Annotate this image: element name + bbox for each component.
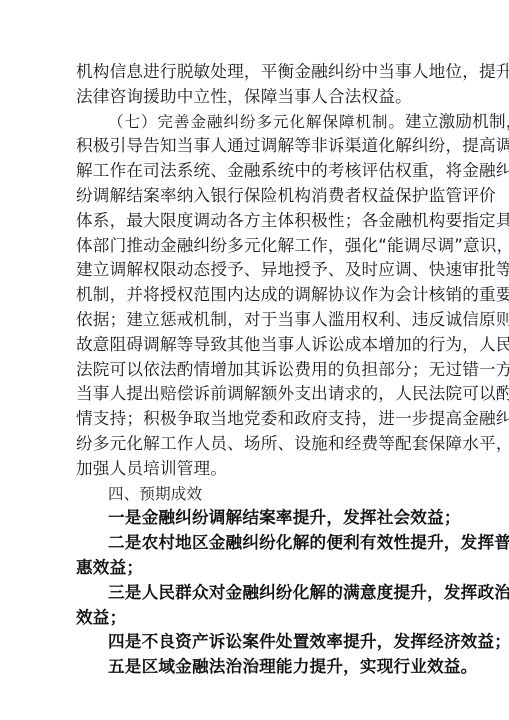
document-body: 机构信息进行脱敏处理，平衡金融纠纷中当事人地位，提升 法律咨询援助中立性，保障当… — [76, 60, 434, 680]
section-7-title: （七）完善金融纠纷多元化解保障机制。 — [108, 113, 405, 131]
document-page: 机构信息进行脱敏处理，平衡金融纠纷中当事人地位，提升 法律咨询援助中立性，保障当… — [0, 0, 509, 720]
outcome-item-3: 三是人民群众对金融纠纷化解的满意度提升，发挥政治 — [76, 581, 434, 606]
text-line: 建立调解权限动态授予、异地授予、及时应调、快速审批等 — [76, 258, 434, 283]
text-line: 故意阻碍调解等导致其他当事人诉讼成本增加的行为，人民 — [76, 333, 434, 358]
outcome-item-4: 四是不良资产诉讼案件处置效率提升，发挥经济效益； — [76, 630, 434, 655]
text-line: 加强人员培训管理。 — [76, 457, 434, 482]
text-line: 机构信息进行脱敏处理，平衡金融纠纷中当事人地位，提升 — [76, 60, 434, 85]
text-line: 法院可以依法酌情增加其诉讼费用的负担部分；无过错一方 — [76, 358, 434, 383]
outcome-item-3-cont: 效益； — [76, 606, 434, 631]
text-line: 情支持；积极争取当地党委和政府支持，进一步提高金融纠 — [76, 407, 434, 432]
text-line: 解工作在司法系统、金融系统中的考核评估权重，将金融纠 — [76, 159, 434, 184]
outcome-item-2: 二是农村地区金融纠纷化解的便利有效性提升，发挥普 — [76, 531, 434, 556]
text-line: 机制，并将授权范围内达成的调解协议作为会计核销的重要 — [76, 283, 434, 308]
text-line: 当事人提出赔偿诉前调解额外支出请求的，人民法院可以酌 — [76, 382, 434, 407]
text-line: 体部门推动金融纠纷多元化解工作，强化“能调尽调”意识， — [76, 234, 434, 259]
text-line: 纷调解结案率纳入银行保险机构消费者权益保护监管评价 — [76, 184, 434, 209]
outcome-item-2-cont: 惠效益； — [76, 556, 434, 581]
page-number: 5 — [250, 664, 256, 674]
outcome-item-1: 一是金融纠纷调解结案率提升，发挥社会效益； — [76, 506, 434, 531]
text-line: 纷多元化解工作人员、场所、设施和经费等配套保障水平， — [76, 432, 434, 457]
section-7-first-line: （七）完善金融纠纷多元化解保障机制。建立激励机制， — [76, 110, 434, 135]
section-4-heading: 四、预期成效 — [76, 482, 434, 507]
text-line: 积极引导告知当事人通过调解等非诉渠道化解纠纷，提高调 — [76, 134, 434, 159]
text-line: 依据；建立惩戒机制，对于当事人滥用权利、违反诚信原则、 — [76, 308, 434, 333]
text-fragment: 建立激励机制， — [405, 112, 509, 131]
text-line: 法律咨询援助中立性，保障当事人合法权益。 — [76, 85, 434, 110]
text-line: 体系，最大限度调动各方主体积极性；各金融机构要指定具 — [76, 209, 434, 234]
